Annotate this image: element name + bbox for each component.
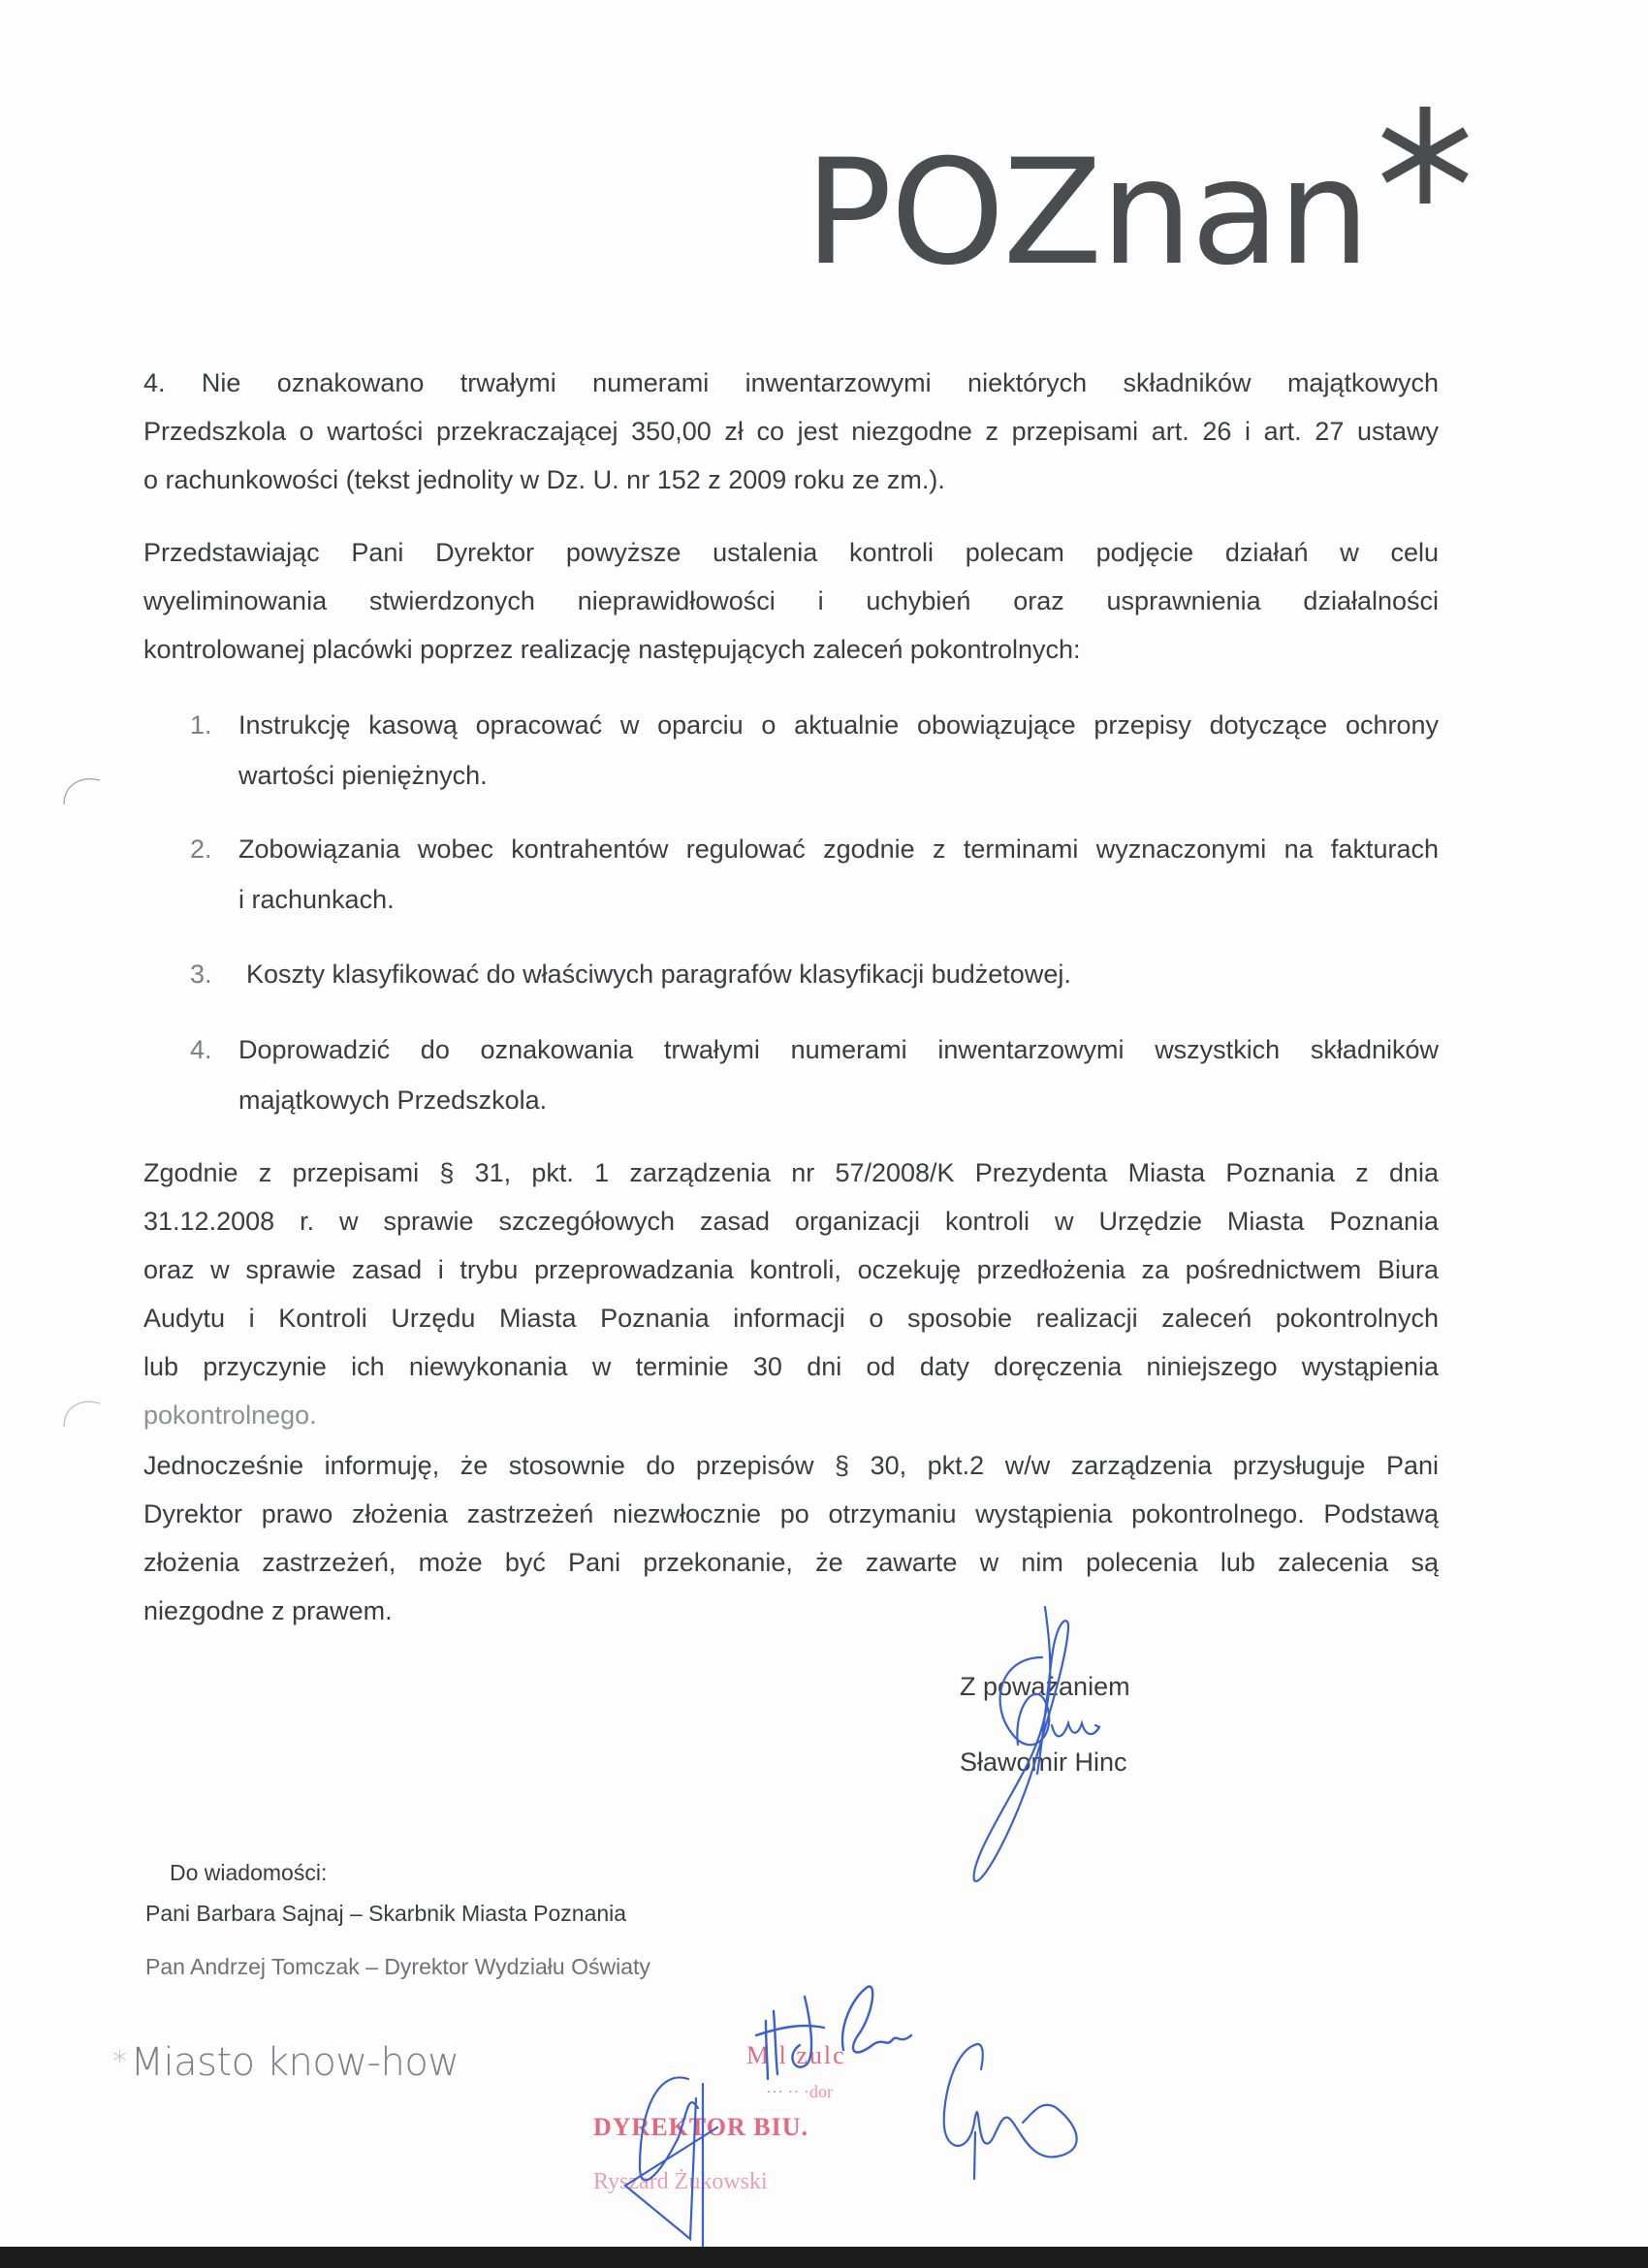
paragraph-line: oraz w sprawie zasad i trybu przeprowadz… bbox=[143, 1245, 1439, 1294]
list-item-line: Koszty klasyfikować do właściwych paragr… bbox=[246, 949, 1439, 999]
handwritten-signature bbox=[921, 2035, 1134, 2181]
punch-hole-mark bbox=[56, 775, 114, 814]
poznan-logo: POZnan bbox=[805, 136, 1464, 291]
list-item-line: Zobowiązania wobec kontrahentów regulowa… bbox=[238, 824, 1439, 874]
paragraph-line: 31.12.2008 r. w sprawie szczegółowych za… bbox=[143, 1197, 1439, 1245]
paragraph-line: Audytu i Kontroli Urzędu Miasta Poznania… bbox=[143, 1294, 1439, 1342]
recommendations-intro-paragraph: Przedstawiając Pani Dyrektor powyższe us… bbox=[143, 528, 1439, 674]
cc-heading: Do wiadomości: bbox=[170, 1859, 327, 1886]
logo-wordmark: POZnan bbox=[805, 136, 1368, 291]
paragraph-line: 4. Nie oznakowano trwałymi numerami inwe… bbox=[143, 359, 1439, 407]
paragraph-line: o rachunkowości (tekst jednolity w Dz. U… bbox=[143, 456, 1439, 504]
list-number: 3. bbox=[190, 949, 229, 999]
paragraph-line: Dyrektor prawo złożenia zastrzeżeń niezw… bbox=[143, 1490, 1439, 1538]
slogan-text: Miasto know-how bbox=[131, 2040, 460, 2085]
paragraph-line: złożenia zastrzeżeń, może być Pani przek… bbox=[143, 1538, 1439, 1587]
cc-recipient: Pan Andrzej Tomczak – Dyrektor Wydziału … bbox=[145, 1953, 650, 1980]
approval-stamp-title: ··· ·· ·dor bbox=[766, 2082, 833, 2102]
paragraph-line: Jednocześnie informuję, że stosownie do … bbox=[143, 1441, 1439, 1490]
asterisk-icon: * bbox=[112, 2045, 127, 2079]
asterisk-icon bbox=[1377, 107, 1474, 204]
list-item-line: wartości pieniężnych. bbox=[238, 750, 1439, 801]
paragraph-line: niezgodne z prawem. bbox=[143, 1587, 1439, 1635]
cc-recipient: Pani Barbara Sajnaj – Skarbnik Miasta Po… bbox=[145, 1900, 626, 1927]
list-item-line: Doprowadzić do oznakowania trwałymi nume… bbox=[238, 1024, 1439, 1075]
paragraph-line: Zgodnie z przepisami § 31, pkt. 1 zarząd… bbox=[143, 1149, 1439, 1197]
list-item-line: i rachunkach. bbox=[238, 874, 1439, 925]
paragraph-line: Przedszkola o wartości przekraczającej 3… bbox=[143, 407, 1439, 456]
handwritten-signature bbox=[960, 1599, 1154, 1890]
paragraph-line: Przedstawiając Pani Dyrektor powyższe us… bbox=[143, 528, 1439, 577]
list-number: 2. bbox=[190, 824, 229, 874]
legal-basis-paragraph: Zgodnie z przepisami § 31, pkt. 1 zarząd… bbox=[143, 1149, 1439, 1439]
list-number: 4. bbox=[190, 1024, 229, 1075]
finding-4-paragraph: 4. Nie oznakowano trwałymi numerami inwe… bbox=[143, 359, 1439, 504]
list-item-line: Instrukcję kasową opracować w oparciu o … bbox=[238, 700, 1439, 750]
paragraph-line: lub przyczynie ich niewykonania w termin… bbox=[143, 1342, 1439, 1391]
handwritten-signature bbox=[620, 2069, 737, 2268]
footer-slogan: *Miasto know-how bbox=[112, 2040, 460, 2085]
paragraph-line: wyeliminowania stwierdzonych nieprawidło… bbox=[143, 577, 1439, 625]
handwritten-signature bbox=[746, 1977, 921, 2084]
paragraph-line: kontrolowanej placówki poprzez realizacj… bbox=[143, 625, 1439, 674]
punch-hole-mark bbox=[56, 1396, 114, 1434]
objection-rights-paragraph: Jednocześnie informuję, że stosownie do … bbox=[143, 1441, 1439, 1635]
list-number: 1. bbox=[190, 700, 229, 750]
paragraph-line: pokontrolnego. bbox=[143, 1391, 1439, 1439]
scan-bottom-border bbox=[0, 2247, 1648, 2268]
list-item-line: majątkowych Przedszkola. bbox=[238, 1075, 1439, 1125]
